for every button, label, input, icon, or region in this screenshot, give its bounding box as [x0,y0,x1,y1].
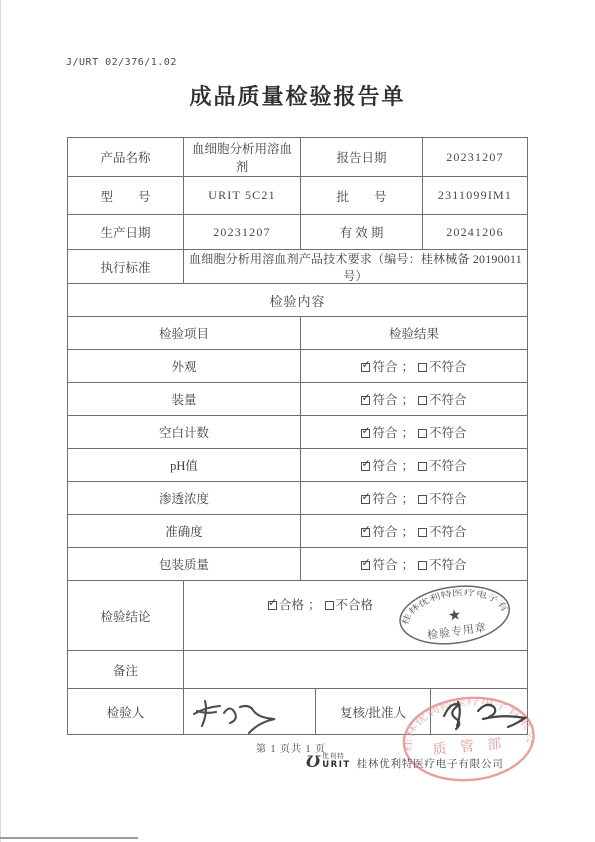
item-name: 准确度 [68,515,301,547]
item-name: 外观 [68,350,301,382]
result-ok-label: 符合 [372,360,397,374]
result-not-ok-label: 不符合 [429,492,467,506]
footer-brand: Ʊ 优利特 URIT 桂林优利特医疗电子有限公司 [306,752,504,771]
result-ok-label: 符合 [372,558,397,572]
result-ok-label: 符合 [372,459,397,473]
footer-company-name: 桂林优利特医疗电子有限公司 [357,753,504,771]
result-ok-label: 符合 [372,525,397,539]
batch-value: 2311099IM1 [423,177,527,214]
result-separator: ； [397,459,418,473]
production-date-value: 20231207 [184,215,301,249]
table-row: 型 号 URIT 5C21 批 号 2311099IM1 [68,177,527,215]
item-result: ✓符合；不符合 [301,416,527,448]
checkbox-empty-icon [418,396,427,405]
table-row: 执行标准 血细胞分析用溶血剂产品技术要求（编号：桂林械备 20190011 号） [68,250,527,284]
inspection-item-row: 装量 ✓符合；不符合 [68,383,527,416]
inspection-item-row: 外观 ✓符合；不符合 [68,350,527,383]
checkbox-checked-icon: ✓ [361,462,370,471]
reviewer-signature [436,694,536,739]
expiry-label: 有 效 期 [301,215,423,249]
column-header-item: 检验项目 [68,317,301,349]
report-date-label: 报告日期 [301,138,423,176]
item-name: 渗透浓度 [68,482,301,514]
result-separator: ； [304,598,325,612]
item-result: ✓符合；不符合 [301,350,527,382]
inspector-label: 检验人 [68,689,184,734]
result-not-ok-label: 不符合 [429,360,467,374]
checkbox-checked-icon: ✓ [268,601,277,610]
urit-logo-icon: Ʊ [306,752,320,771]
scan-edge-bottom [0,837,138,839]
result-not-ok-label: 不符合 [429,393,467,407]
product-name-value: 血细胞分析用溶血剂 [184,138,301,176]
production-date-label: 生产日期 [68,215,184,249]
page-title: 成品质量检验报告单 [0,80,595,111]
inspector-signature [188,696,284,743]
urit-logo-text: 优利特 URIT [322,754,350,769]
item-result: ✓符合；不符合 [301,482,527,514]
conclusion-fail-label: 不合格 [336,598,374,612]
table-row: 检验内容 [68,284,527,317]
checkbox-empty-icon [418,528,427,537]
product-name-label: 产品名称 [68,138,184,176]
conclusion-label: 检验结论 [68,581,184,650]
item-result: ✓符合；不符合 [301,449,527,481]
checkbox-empty-icon [418,495,427,504]
item-name: 包装质量 [68,548,301,580]
checkbox-empty-icon [418,462,427,471]
inspection-section-title: 检验内容 [68,284,527,316]
item-name: 装量 [68,383,301,415]
checkbox-checked-icon: ✓ [361,396,370,405]
standard-value: 血细胞分析用溶血剂产品技术要求（编号：桂林械备 20190011 号） [184,250,527,283]
result-not-ok-label: 不符合 [429,525,467,539]
result-separator: ； [397,558,418,572]
standard-label: 执行标准 [68,250,184,283]
report-date-value: 20231207 [423,138,527,176]
inspection-item-row: 准确度 ✓符合；不符合 [68,515,527,548]
inspection-item-row: 渗透浓度 ✓符合；不符合 [68,482,527,515]
report-page: J/URT 02/376/1.02 成品质量检验报告单 产品名称 血细胞分析用溶… [0,0,595,842]
checkbox-empty-icon [418,429,427,438]
remarks-row: 备注 [68,651,527,689]
inspection-item-row: 包装质量 ✓符合；不符合 [68,548,527,581]
checkbox-empty-icon [418,363,427,372]
item-name: pH值 [68,449,301,481]
checkbox-empty-icon [325,601,334,610]
result-not-ok-label: 不符合 [429,459,467,473]
result-not-ok-label: 不符合 [429,558,467,572]
document-code: J/URT 02/376/1.02 [66,57,177,68]
checkbox-checked-icon: ✓ [361,363,370,372]
logo-en-text: URIT [322,761,350,770]
column-header-result: 检验结果 [301,317,527,349]
result-separator: ； [397,426,418,440]
result-ok-label: 符合 [372,393,397,407]
checkbox-checked-icon: ✓ [361,528,370,537]
checkbox-checked-icon: ✓ [361,561,370,570]
table-row: 检验项目 检验结果 [68,317,527,350]
result-not-ok-label: 不符合 [429,426,467,440]
result-ok-label: 符合 [372,492,397,506]
inspection-item-row: 空白计数 ✓符合；不符合 [68,416,527,449]
result-separator: ； [397,525,418,539]
table-row: 生产日期 20231207 有 效 期 20241206 [68,215,527,250]
conclusion-pass-label: 合格 [279,598,304,612]
item-name: 空白计数 [68,416,301,448]
star-icon: ★ [447,607,463,625]
result-separator: ； [397,360,418,374]
remarks-value [184,651,527,688]
inspection-item-row: pH值 ✓符合；不符合 [68,449,527,482]
model-label: 型 号 [68,177,184,214]
checkbox-checked-icon: ✓ [361,429,370,438]
item-result: ✓符合；不符合 [301,383,527,415]
model-value: URIT 5C21 [184,177,301,214]
remarks-label: 备注 [68,651,184,688]
table-row: 产品名称 血细胞分析用溶血剂 报告日期 20231207 [68,138,527,177]
checkbox-empty-icon [418,561,427,570]
result-separator: ； [397,492,418,506]
scan-edge-left [0,0,1,842]
expiry-value: 20241206 [423,215,527,249]
result-ok-label: 符合 [372,426,397,440]
item-result: ✓符合；不符合 [301,548,527,580]
checkbox-checked-icon: ✓ [361,495,370,504]
result-separator: ； [397,393,418,407]
item-result: ✓符合；不符合 [301,515,527,547]
batch-label: 批 号 [301,177,423,214]
